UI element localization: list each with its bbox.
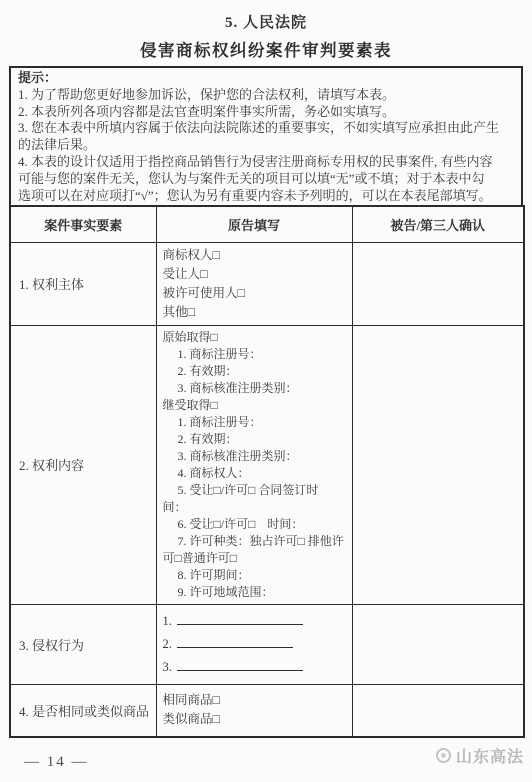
field-reg-number: 1. 商标注册号：	[163, 346, 348, 363]
field-reg-category: 3. 商标核准注册类别：	[163, 380, 348, 397]
checkbox-line-trademark-owner: 商标权人□	[163, 246, 348, 265]
tips-item-1: 1. 为了帮助您更好地参加诉讼，保护您的合法权利，请填写本表。	[18, 87, 514, 104]
tips-item-2: 2. 本表所列各项内容都是法官查明案件事实所需，务必如实填写。	[18, 104, 514, 121]
field-assign-license-time: 6. 受让□/许可□ 时间：	[163, 516, 348, 533]
blank-underline	[177, 658, 303, 671]
field-reg-category-2: 3. 商标核准注册类别：	[163, 448, 348, 465]
checkbox-line-same-goods: 相同商品□	[163, 691, 348, 710]
field-contract-sign-time: 5. 受让□/许可□ 合同签订时 间：	[163, 482, 348, 516]
document-page: 5. 人民法院 侵害商标权纠纷案件审判要素表 提示： 1. 为了帮助您更好地参加…	[0, 0, 532, 782]
blank-underline	[177, 612, 303, 625]
shandong-court-logo-icon	[436, 748, 451, 763]
checkbox-line-other: 其他□	[163, 303, 348, 322]
table-row-right-subject: 1. 权利主体 商标权人□ 受让人□ 被许可使用人□ 其他□	[10, 242, 524, 325]
table-header-row: 案件事实要素 原告填写 被告/第三人确认	[10, 206, 524, 242]
plaintiff-cell-right-subject: 商标权人□ 受让人□ 被许可使用人□ 其他□	[156, 242, 352, 325]
table-row-right-content: 2. 权利内容 原始取得□ 1. 商标注册号： 2. 有效期： 3. 商标核准注…	[10, 325, 524, 604]
row-label-same-similar-goods: 4. 是否相同或类似商品	[10, 684, 156, 737]
plaintiff-cell-infringing-acts: 1. 2. 3.	[156, 604, 352, 684]
tips-item-4: 4. 本表的设计仅适用于指控商品销售行为侵害注册商标专用权的民事案件, 有些内容…	[18, 154, 514, 204]
field-reg-number-2: 1. 商标注册号：	[163, 414, 348, 431]
case-elements-table: 案件事实要素 原告填写 被告/第三人确认 1. 权利主体 商标权人□ 受让人□ …	[9, 205, 525, 738]
page-number: — 14 —	[24, 754, 89, 771]
field-license-type: 7. 许可种类：独占许可□ 排他许 可□普通许可□	[163, 533, 348, 567]
field-validity-period-2: 2. 有效期：	[163, 431, 348, 448]
blank-underline	[177, 635, 293, 648]
col-header-case-facts: 案件事实要素	[10, 206, 156, 242]
blank-number: 1.	[163, 614, 172, 628]
blank-number: 3.	[163, 660, 172, 674]
field-trademark-owner: 4. 商标权人：	[163, 465, 348, 482]
field-validity-period: 2. 有效期：	[163, 363, 348, 380]
table-row-same-similar-goods: 4. 是否相同或类似商品 相同商品□ 类似商品□	[10, 684, 524, 737]
checkbox-line-assignee: 受让人□	[163, 265, 348, 284]
checkbox-line-derivative-acquisition: 继受取得□	[163, 397, 348, 414]
plaintiff-cell-right-content: 原始取得□ 1. 商标注册号： 2. 有效期： 3. 商标核准注册类别： 继受取…	[156, 325, 352, 604]
blank-number: 2.	[163, 637, 172, 651]
defendant-confirm-cell	[352, 684, 524, 737]
blank-line-2: 2.	[163, 633, 348, 656]
col-header-plaintiff: 原告填写	[156, 206, 352, 242]
row-label-right-content: 2. 权利内容	[10, 325, 156, 604]
field-license-period: 8. 许可期间：	[163, 567, 348, 584]
doc-title: 5. 人民法院	[0, 11, 532, 32]
checkbox-line-similar-goods: 类似商品□	[163, 710, 348, 729]
field-license-region: 9. 许可地域范围：	[163, 584, 348, 601]
checkbox-line-original-acquisition: 原始取得□	[163, 329, 348, 346]
blank-line-3: 3.	[163, 656, 348, 679]
plaintiff-cell-same-similar-goods: 相同商品□ 类似商品□	[156, 684, 352, 737]
defendant-confirm-cell	[352, 242, 524, 325]
tips-heading: 提示：	[18, 70, 514, 87]
watermark-label: 山东高法	[456, 744, 524, 767]
doc-subtitle: 侵害商标权纠纷案件审判要素表	[0, 37, 532, 61]
defendant-confirm-cell	[352, 604, 524, 684]
row-label-right-subject: 1. 权利主体	[10, 242, 156, 325]
row-label-infringing-acts: 3. 侵权行为	[10, 604, 156, 684]
checkbox-line-licensed-user: 被许可使用人□	[163, 284, 348, 303]
col-header-defendant: 被告/第三人确认	[352, 206, 524, 242]
tips-box: 提示： 1. 为了帮助您更好地参加诉讼，保护您的合法权利，请填写本表。 2. 本…	[9, 66, 523, 205]
watermark: 山东高法	[436, 744, 524, 767]
table-row-infringing-acts: 3. 侵权行为 1. 2. 3.	[10, 604, 524, 684]
blank-line-1: 1.	[163, 610, 348, 633]
tips-item-3: 3. 您在本表中所填内容属于依法向法院陈述的重要事实，不如实填写应承担由此产生 …	[18, 120, 514, 154]
defendant-confirm-cell	[352, 325, 524, 604]
